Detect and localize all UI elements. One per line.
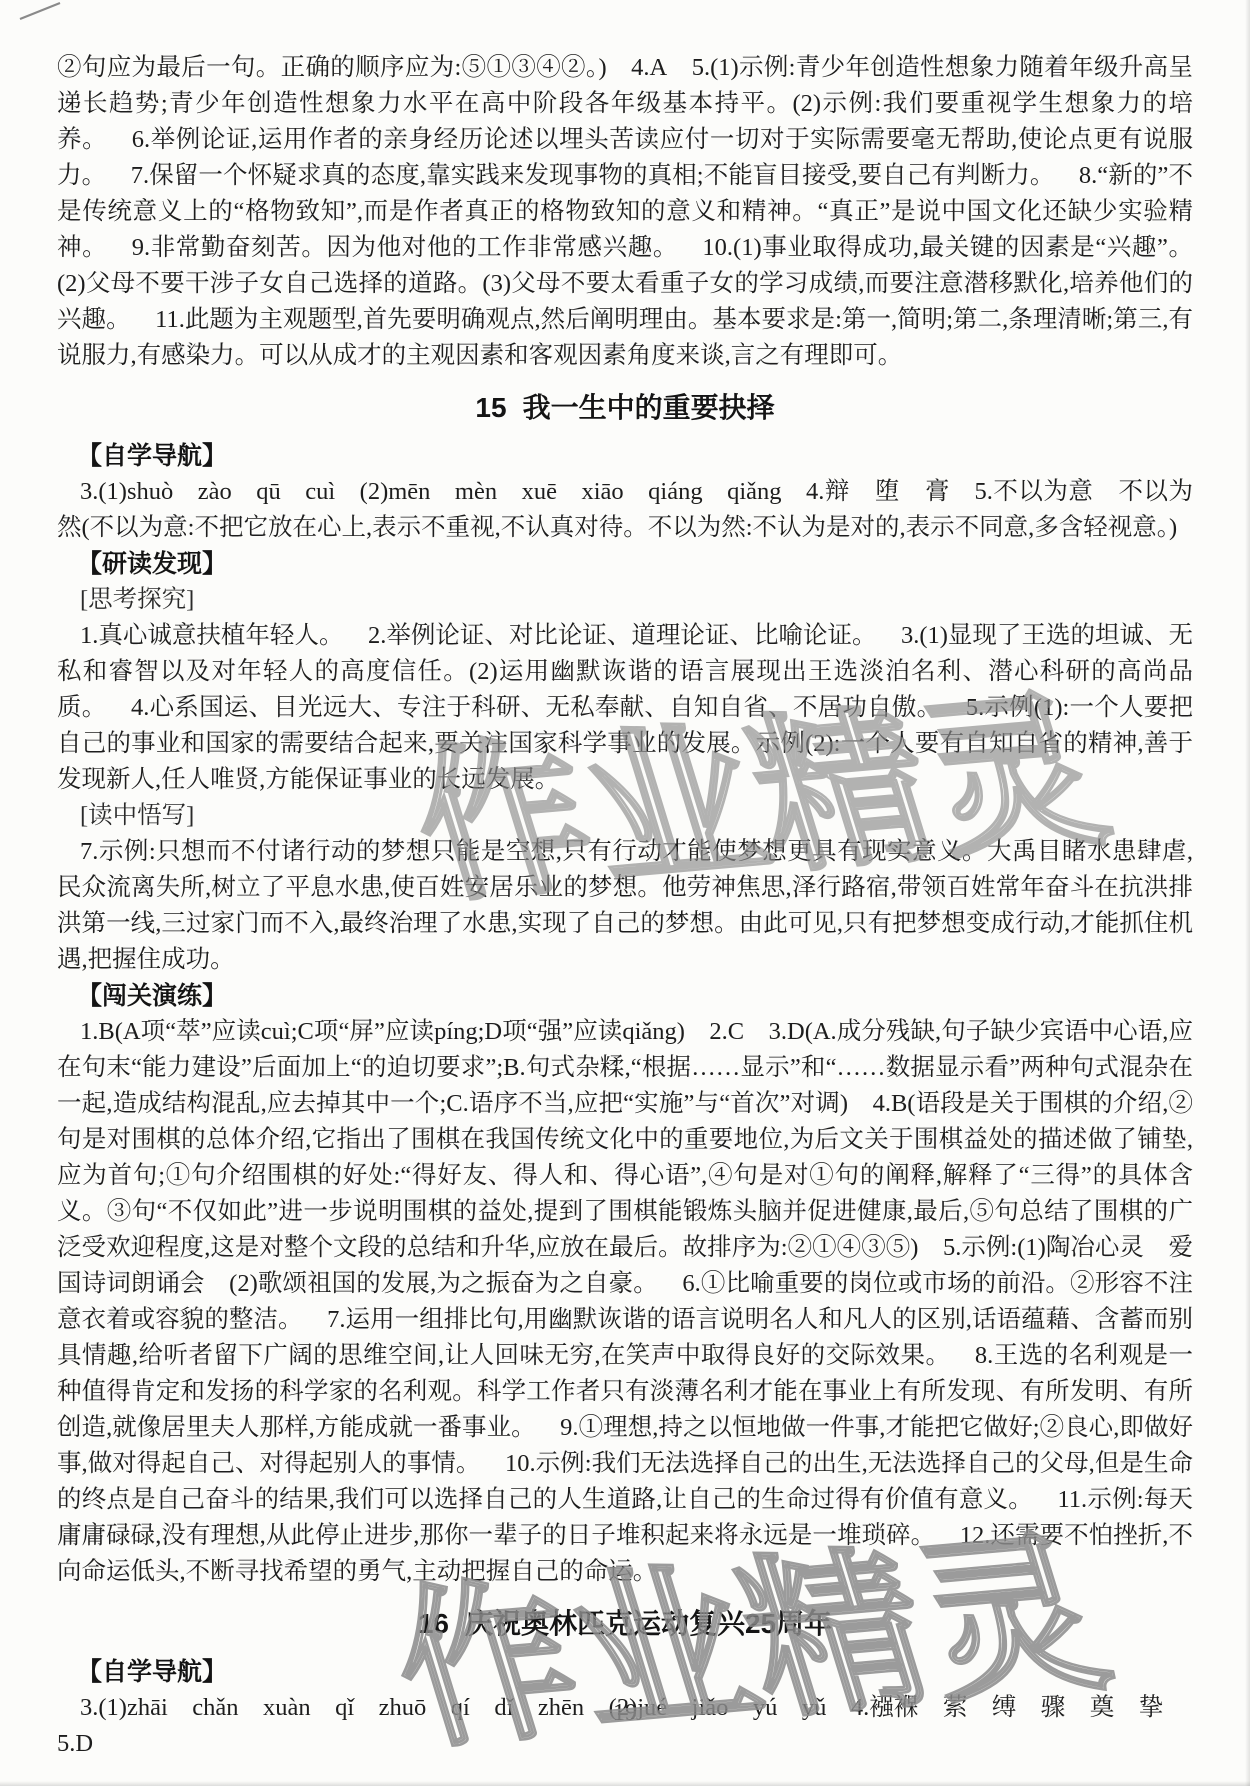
lesson15-practice-answers: 1.B(A项“萃”应读cuì;C项“屏”应读píng;D项“强”应读qiǎng)… xyxy=(57,1014,1193,1590)
lesson15-self-study-heading: 【自学导航】 xyxy=(57,438,1193,474)
previous-lesson-answers-paragraph: ②句应为最后一句。正确的顺序应为:⑤①③④②。) 4.A 5.(1)示例:青少年… xyxy=(57,50,1193,374)
lesson15-reading-discovery-heading: 【研读发现】 xyxy=(57,546,1193,582)
page-content: ②句应为最后一句。正确的顺序应为:⑤①③④②。) 4.A 5.(1)示例:青少年… xyxy=(0,0,1250,1762)
lesson16-answer-5: 5.D xyxy=(57,1726,1193,1762)
lesson15-reading-writing-answers: 7.示例:只想而不付诸行动的梦想只能是空想,只有行动才能使梦想更具有现实意义。大… xyxy=(57,834,1193,978)
lesson16-self-study-heading: 【自学导航】 xyxy=(57,1654,1193,1690)
lesson-16-title: 16庆祝奥林匹克运动复兴25周年 xyxy=(57,1604,1193,1644)
lesson15-self-study-answers: 3.(1)shuò zào qū cuì (2)mēn mèn xuē xiāo… xyxy=(57,474,1193,546)
page-number: 19 xyxy=(0,1698,1250,1728)
lesson15-practice-heading: 【闯关演练】 xyxy=(57,978,1193,1014)
workbook-answer-page: ②句应为最后一句。正确的顺序应为:⑤①③④②。) 4.A 5.(1)示例:青少年… xyxy=(0,0,1250,1786)
lesson15-think-explore-subheading: [思考探究] xyxy=(57,582,1193,618)
lesson-16-name: 庆祝奥林匹克运动复兴25周年 xyxy=(465,1608,832,1639)
lesson15-reading-writing-subheading: [读中悟写] xyxy=(57,798,1193,834)
lesson-15-title: 15我一生中的重要抉择 xyxy=(57,388,1193,428)
lesson-16-number: 16 xyxy=(418,1608,449,1639)
lesson15-think-explore-answers: 1.真心诚意扶植年轻人。 2.举例论证、对比论证、道理论证、比喻论证。 3.(1… xyxy=(57,618,1193,798)
lesson-15-number: 15 xyxy=(475,392,506,423)
scan-artifact-line xyxy=(0,0,80,30)
lesson-15-name: 我一生中的重要抉择 xyxy=(523,392,775,423)
